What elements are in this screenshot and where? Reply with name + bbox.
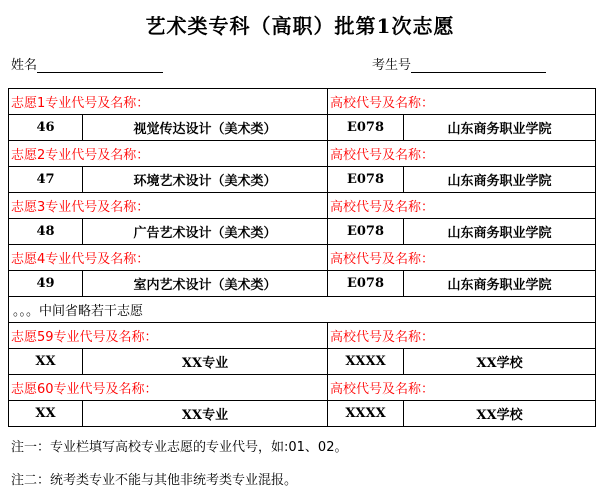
school-name-cell[interactable]: 山东商务职业学院 xyxy=(404,219,596,245)
school-code-cell[interactable]: E078 xyxy=(328,219,404,245)
choice-value-row: 48 广告艺术设计（美术类） E078 山东商务职业学院 xyxy=(9,219,596,245)
major-label: 志愿2专业代号及名称： xyxy=(9,141,328,167)
major-name-cell[interactable]: 环境艺术设计（美术类） xyxy=(83,167,328,193)
major-label: 志愿3专业代号及名称： xyxy=(9,193,328,219)
choice-value-row: XX XX专业 XXXX XX学校 xyxy=(9,401,596,427)
major-code-cell[interactable]: XX xyxy=(9,349,83,375)
major-code-cell[interactable]: 47 xyxy=(9,167,83,193)
school-label: 高校代号及名称： xyxy=(328,193,596,219)
school-code-cell[interactable]: XXXX xyxy=(328,401,404,427)
choice-table: 志愿1专业代号及名称： 高校代号及名称： 46 视觉传达设计（美术类） E078… xyxy=(8,88,596,427)
choice-value-row: 46 视觉传达设计（美术类） E078 山东商务职业学院 xyxy=(9,115,596,141)
major-label: 志愿59专业代号及名称： xyxy=(9,323,328,349)
school-code-cell[interactable]: E078 xyxy=(328,115,404,141)
choice-label-row: 志愿60专业代号及名称： 高校代号及名称： xyxy=(9,375,596,401)
choice-value-row: 49 室内艺术设计（美术类） E078 山东商务职业学院 xyxy=(9,271,596,297)
school-label: 高校代号及名称： xyxy=(328,323,596,349)
major-code-cell[interactable]: 46 xyxy=(9,115,83,141)
choice-label-row: 志愿59专业代号及名称： 高校代号及名称： xyxy=(9,323,596,349)
school-name-cell[interactable]: 山东商务职业学院 xyxy=(404,167,596,193)
choice-label-row: 志愿3专业代号及名称： 高校代号及名称： xyxy=(9,193,596,219)
major-name-cell[interactable]: 室内艺术设计（美术类） xyxy=(83,271,328,297)
school-name-cell[interactable]: XX学校 xyxy=(404,401,596,427)
school-label: 高校代号及名称： xyxy=(328,89,596,115)
note-1: 注一：专业栏填写高校专业志愿的专业代号，如:01、02。 xyxy=(11,436,347,455)
school-code-cell[interactable]: E078 xyxy=(328,167,404,193)
school-label: 高校代号及名称： xyxy=(328,141,596,167)
major-label: 志愿1专业代号及名称： xyxy=(9,89,328,115)
major-label: 志愿4专业代号及名称： xyxy=(9,245,328,271)
choice-label-row: 志愿1专业代号及名称： 高校代号及名称： xyxy=(9,89,596,115)
school-name-cell[interactable]: 山东商务职业学院 xyxy=(404,271,596,297)
major-code-cell[interactable]: 48 xyxy=(9,219,83,245)
page-title: 艺术类专科（高职）批第1次志愿 xyxy=(0,10,600,39)
name-label: 姓名 xyxy=(11,58,37,73)
major-name-cell[interactable]: 广告艺术设计（美术类） xyxy=(83,219,328,245)
name-input-line[interactable] xyxy=(37,58,163,73)
major-code-cell[interactable]: 49 xyxy=(9,271,83,297)
major-code-cell[interactable]: XX xyxy=(9,401,83,427)
choice-value-row: 47 环境艺术设计（美术类） E078 山东商务职业学院 xyxy=(9,167,596,193)
exam-number-input-line[interactable] xyxy=(411,58,546,73)
school-code-cell[interactable]: XXXX xyxy=(328,349,404,375)
school-name-cell[interactable]: 山东商务职业学院 xyxy=(404,115,596,141)
major-label: 志愿60专业代号及名称： xyxy=(9,375,328,401)
choice-value-row: XX XX专业 XXXX XX学校 xyxy=(9,349,596,375)
choice-label-row: 志愿4专业代号及名称： 高校代号及名称： xyxy=(9,245,596,271)
major-name-cell[interactable]: XX专业 xyxy=(83,401,328,427)
major-name-cell[interactable]: XX专业 xyxy=(83,349,328,375)
choice-label-row: 志愿2专业代号及名称： 高校代号及名称： xyxy=(9,141,596,167)
school-name-cell[interactable]: XX学校 xyxy=(404,349,596,375)
exam-number-label: 考生号 xyxy=(372,58,411,73)
exam-number-field: 考生号 xyxy=(372,54,546,73)
major-name-cell[interactable]: 视觉传达设计（美术类） xyxy=(83,115,328,141)
omitted-row: 。。。中间省略若干志愿 xyxy=(9,297,596,323)
school-label: 高校代号及名称： xyxy=(328,245,596,271)
school-label: 高校代号及名称： xyxy=(328,375,596,401)
note-2: 注二：统考类专业不能与其他非统考类专业混报。 xyxy=(11,469,297,488)
school-code-cell[interactable]: E078 xyxy=(328,271,404,297)
name-field: 姓名 xyxy=(11,54,163,73)
omitted-text: 。。。中间省略若干志愿 xyxy=(9,297,596,323)
